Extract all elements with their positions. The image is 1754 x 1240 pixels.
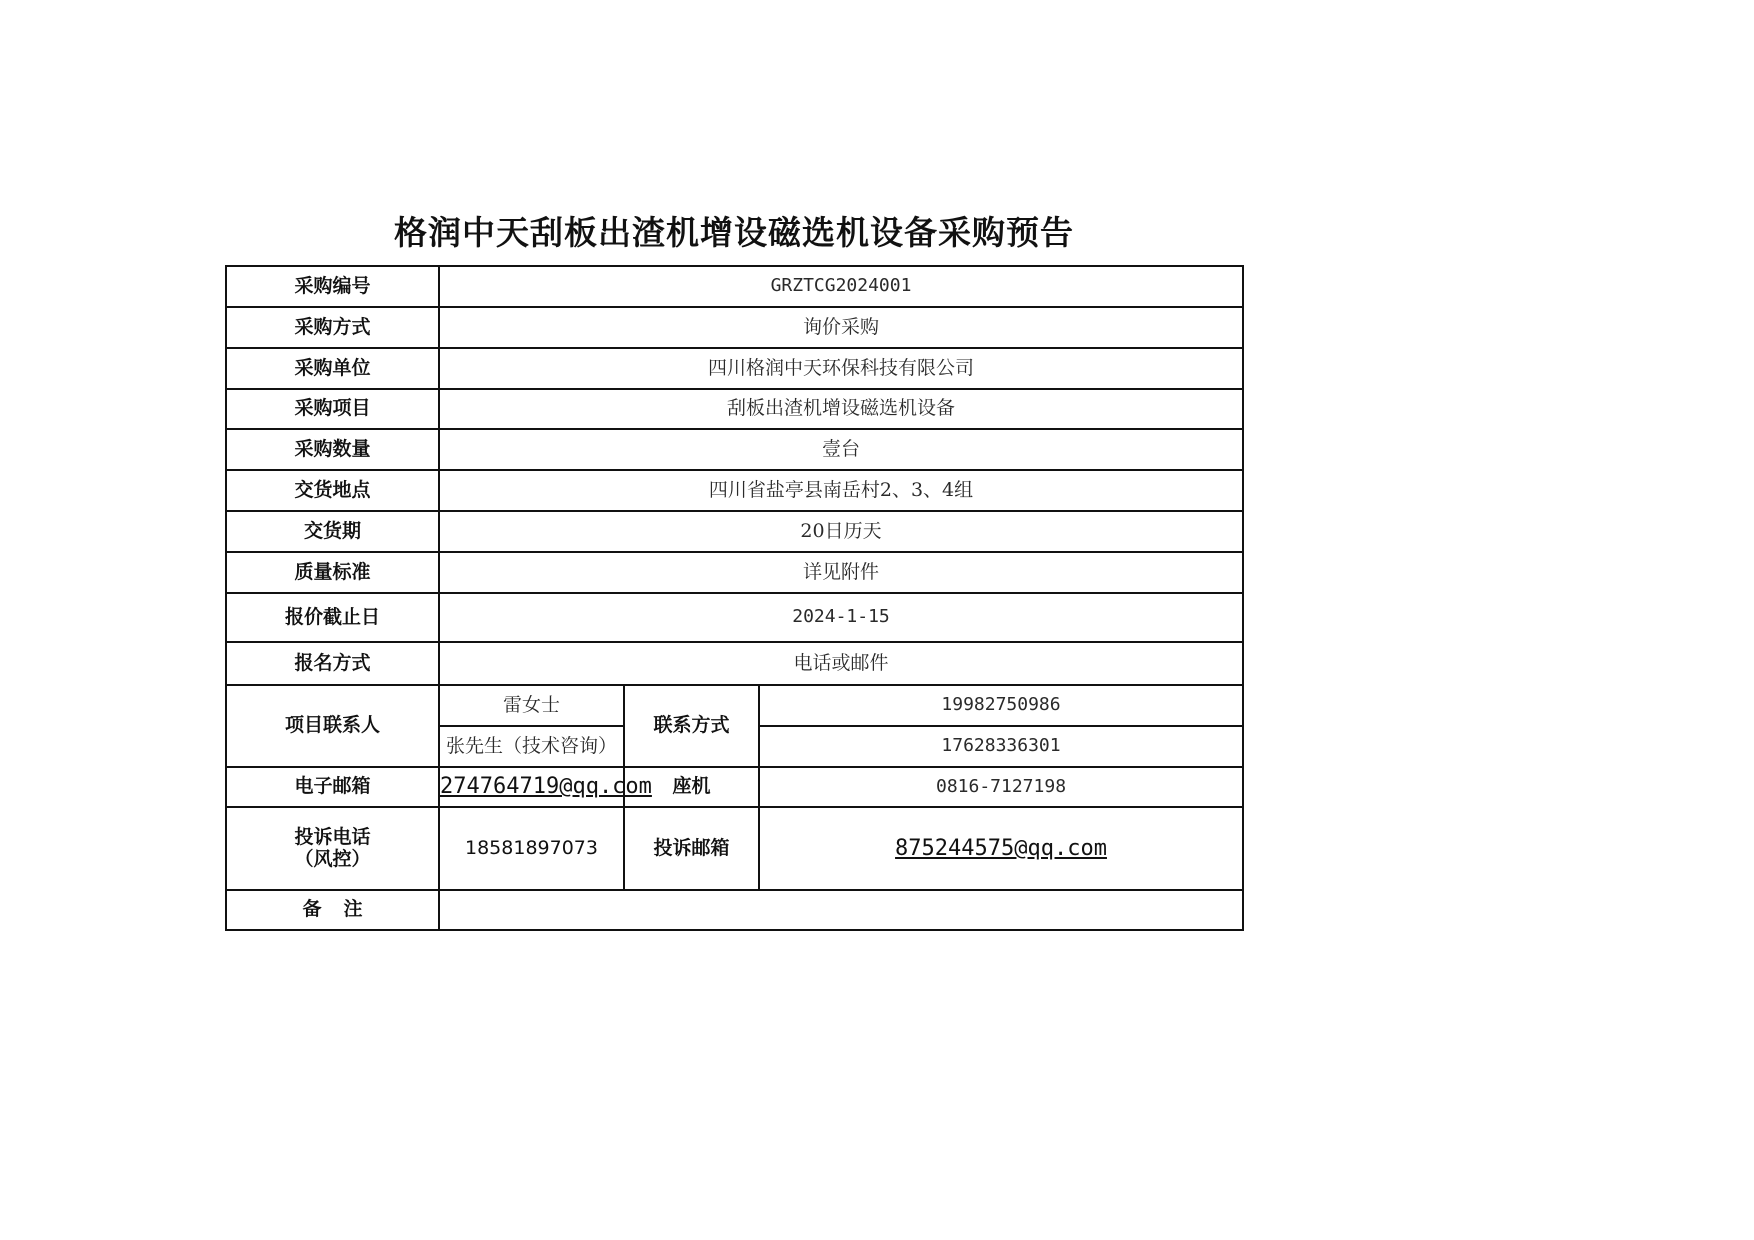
label-procurement-method: 采购方式: [226, 307, 439, 348]
row-remarks: 备注: [226, 890, 1243, 930]
label-delivery-period: 交货期: [226, 511, 439, 552]
procurement-notice-table: 采购编号 GRZTCG2024001 采购方式 询价采购 采购单位 四川格润中天…: [225, 265, 1244, 931]
row-procurement-project: 采购项目 刮板出渣机增设磁选机设备: [226, 389, 1243, 429]
row-procurement-quantity: 采购数量 壹台: [226, 429, 1243, 470]
label-procurement-unit: 采购单位: [226, 348, 439, 389]
label-project-contact: 项目联系人: [226, 685, 439, 767]
email-link[interactable]: 274764719@qq.com: [440, 774, 652, 799]
label-contact-method: 联系方式: [624, 685, 759, 767]
label-procurement-number: 采购编号: [226, 266, 439, 307]
label-complaint-email: 投诉邮箱: [624, 807, 759, 890]
label-complaint-phone: 投诉电话 （风控）: [226, 807, 439, 890]
label-registration-method: 报名方式: [226, 642, 439, 685]
contact-phone-1[interactable]: 19982750986: [759, 685, 1243, 726]
value-delivery-location: 四川省盐亭县南岳村2、3、4组: [439, 470, 1243, 511]
value-quality-standard: 详见附件: [439, 552, 1243, 593]
row-procurement-method: 采购方式 询价采购: [226, 307, 1243, 348]
document-title: 格润中天刮板出渣机增设磁选机设备采购预告: [226, 207, 1242, 254]
value-procurement-method: 询价采购: [439, 307, 1243, 348]
label-email: 电子邮箱: [226, 767, 439, 807]
value-remarks: [439, 890, 1243, 930]
row-registration-method: 报名方式 电话或邮件: [226, 642, 1243, 685]
label-remarks: 备注: [226, 890, 439, 930]
row-delivery-location: 交货地点 四川省盐亭县南岳村2、3、4组: [226, 470, 1243, 511]
label-quote-deadline: 报价截止日: [226, 593, 439, 642]
label-procurement-quantity: 采购数量: [226, 429, 439, 470]
value-quote-deadline: 2024-1-15: [439, 593, 1243, 642]
row-procurement-number: 采购编号 GRZTCG2024001: [226, 266, 1243, 307]
value-procurement-unit: 四川格润中天环保科技有限公司: [439, 348, 1243, 389]
row-contact-1: 项目联系人 雷女士 联系方式 19982750986: [226, 685, 1243, 726]
label-complaint-phone-line1: 投诉电话: [227, 827, 438, 849]
label-quality-standard: 质量标准: [226, 552, 439, 593]
contact-phone-2[interactable]: 17628336301: [759, 726, 1243, 767]
complaint-email-link[interactable]: 875244575@qq.com: [895, 836, 1107, 861]
value-procurement-number: GRZTCG2024001: [439, 266, 1243, 307]
label-delivery-location: 交货地点: [226, 470, 439, 511]
row-procurement-unit: 采购单位 四川格润中天环保科技有限公司: [226, 348, 1243, 389]
row-quality-standard: 质量标准 详见附件: [226, 552, 1243, 593]
complaint-email-cell: 875244575@qq.com: [759, 807, 1243, 890]
contact-name-1: 雷女士: [439, 685, 624, 726]
row-quote-deadline: 报价截止日 2024-1-15: [226, 593, 1243, 642]
value-registration-method: 电话或邮件: [439, 642, 1243, 685]
value-delivery-period: 20日历天: [439, 511, 1243, 552]
email-cell: 274764719@qq.com: [439, 767, 624, 807]
value-procurement-project: 刮板出渣机增设磁选机设备: [439, 389, 1243, 429]
label-procurement-project: 采购项目: [226, 389, 439, 429]
row-email: 电子邮箱 274764719@qq.com 座机 0816-7127198: [226, 767, 1243, 807]
value-complaint-phone[interactable]: 18581897073: [439, 807, 624, 890]
value-procurement-quantity: 壹台: [439, 429, 1243, 470]
contact-name-2: 张先生（技术咨询）: [439, 726, 624, 767]
value-landline[interactable]: 0816-7127198: [759, 767, 1243, 807]
row-delivery-period: 交货期 20日历天: [226, 511, 1243, 552]
label-complaint-phone-line2: （风控）: [227, 849, 438, 871]
row-complaint: 投诉电话 （风控） 18581897073 投诉邮箱 875244575@qq.…: [226, 807, 1243, 890]
